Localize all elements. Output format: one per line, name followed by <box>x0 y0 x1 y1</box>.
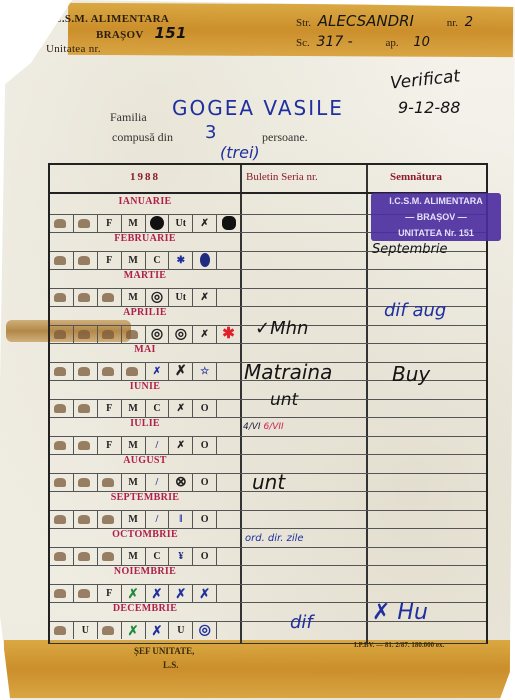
coupon-cell: C <box>146 252 170 269</box>
coupon-cell <box>98 326 122 343</box>
coupon-cell: ✗ <box>146 363 170 380</box>
coupon-row: F M / ✗ O <box>50 437 240 454</box>
coupon-cell <box>50 585 74 602</box>
coupon-cell: C <box>146 548 170 565</box>
coupon-cell: Ut <box>169 215 193 232</box>
coupon-cell <box>98 548 122 565</box>
family-name: GOGEA VASILE <box>172 96 344 120</box>
coupon-cell <box>50 511 74 528</box>
coupon-cell: ✗ <box>146 622 170 639</box>
coupon-cell <box>98 289 122 306</box>
signature-aprilie-id: ✓Mhn <box>255 318 308 339</box>
note-august: unt <box>252 470 285 494</box>
coupon-cell <box>217 363 240 380</box>
year-header: 1988 <box>50 171 240 183</box>
coupon-cell: ✗ <box>193 326 217 343</box>
signature-aprilie: dif aug <box>384 300 446 321</box>
print-code: I.P.BV. — 81. 2/87. 180.000 ex. <box>354 641 444 649</box>
coupon-cell: ✗ <box>122 585 146 602</box>
coupon-cell <box>217 474 240 491</box>
coupon-cell: ✗ <box>193 215 217 232</box>
coupon-cell: O <box>193 548 217 565</box>
coupon-cell: M <box>122 215 146 232</box>
month-label: DECEMBRIE <box>50 603 240 614</box>
coupon-cell <box>74 326 98 343</box>
month-label: NOIEMBRIE <box>50 566 240 577</box>
coupon-cell <box>217 511 240 528</box>
coupon-cell: / <box>146 511 170 528</box>
stamp-line3: UNITATEA Nr. 151 <box>371 225 501 241</box>
coupon-cell: ◎ <box>146 289 170 306</box>
month-label: IUNIE <box>50 381 240 392</box>
month-label: SEPTEMBRIE <box>50 492 240 503</box>
unit-number: 151 <box>155 24 187 42</box>
composed-label: compusă din <box>112 130 173 145</box>
coupon-cell <box>98 622 122 639</box>
coupon-cell: F <box>98 437 122 454</box>
coupon-row: M / ⊗ O <box>50 474 240 491</box>
coupon-cell <box>217 585 240 602</box>
coupon-cell <box>50 622 74 639</box>
coupon-cell: ✗ <box>146 585 170 602</box>
coupon-cell: ✱ <box>169 252 193 269</box>
scara-value: 317 - <box>317 34 353 50</box>
note-iulie: 4/VI 6/VII <box>243 422 284 432</box>
coupon-row: F M C ✗ O <box>50 400 240 417</box>
nr-value: 2 <box>465 15 473 30</box>
nr-label: nr. <box>447 17 458 29</box>
signature-februarie: Septembrie <box>372 242 447 257</box>
coupon-cell <box>193 252 217 269</box>
coupon-row: M ◎ Ut ✗ <box>50 289 240 306</box>
coupon-cell: M <box>122 252 146 269</box>
coupon-cell <box>74 437 98 454</box>
coupon-cell <box>50 252 74 269</box>
org-city: BRAȘOV 151 <box>46 26 187 42</box>
coupon-cell <box>217 437 240 454</box>
coupon-cell <box>50 326 74 343</box>
unit-stamp: I.C.S.M. ALIMENTARA — BRAȘOV — UNITATEA … <box>371 193 501 241</box>
coupon-cell: M <box>122 289 146 306</box>
coupon-cell: / <box>146 437 170 454</box>
coupon-cell <box>74 400 98 417</box>
persons-label: persoane. <box>262 130 308 145</box>
coupon-cell: F <box>98 585 122 602</box>
coupon-cell: M <box>122 474 146 491</box>
coupon-cell <box>74 474 98 491</box>
coupon-cell: U <box>169 622 193 639</box>
stamp-line2: — BRAȘOV — <box>371 209 501 225</box>
coupon-cell: F <box>98 400 122 417</box>
coupon-cell <box>217 548 240 565</box>
coupon-cell: O <box>193 474 217 491</box>
coupon-cell: F <box>98 252 122 269</box>
coupon-cell: Ut <box>169 289 193 306</box>
street-label: Str. <box>296 17 311 29</box>
coupon-cell: ◎ <box>169 326 193 343</box>
coupon-row: M C ¥ O <box>50 548 240 565</box>
coupon-cell <box>50 400 74 417</box>
month-label: IANUARIE <box>50 196 240 207</box>
signature-mai: Buy <box>392 362 430 386</box>
coupon-cell: O <box>193 511 217 528</box>
coupon-cell: ✗ <box>169 585 193 602</box>
coupon-cell <box>74 548 98 565</box>
signature-decembrie-id: dif <box>290 612 313 633</box>
coupon-cell: ✗ <box>169 400 193 417</box>
members-count: 3 <box>205 122 216 143</box>
stamp-line1: I.C.S.M. ALIMENTARA <box>371 193 501 209</box>
coupon-cell <box>50 289 74 306</box>
coupon-cell <box>74 289 98 306</box>
coupon-cell <box>50 215 74 232</box>
members-words: (trei) <box>220 143 260 162</box>
coupon-cell <box>74 215 98 232</box>
verified-date: 9-12-88 <box>398 98 460 117</box>
coupon-cell: ✱ <box>217 326 240 343</box>
coupon-cell: ☆ <box>193 363 217 380</box>
issuer-header: I.C.S.M. ALIMENTARA BRAȘOV 151 Unitatea … <box>46 12 187 56</box>
coupon-cell <box>74 252 98 269</box>
coupon-cell <box>217 400 240 417</box>
ap-label: ap. <box>385 37 398 49</box>
coupon-cell: F <box>98 215 122 232</box>
coupon-cell: ✗ <box>169 363 193 380</box>
ap-value: 10 <box>413 35 430 50</box>
coupon-cell <box>74 511 98 528</box>
coupon-cell: ◎ <box>193 622 217 639</box>
coupon-cell <box>217 622 240 639</box>
coupon-cell <box>98 363 122 380</box>
month-label: APRILIE <box>50 307 240 318</box>
scara-label: Sc. <box>296 37 310 49</box>
coupon-cell: ✗ <box>193 585 217 602</box>
coupon-cell <box>50 437 74 454</box>
coupon-cell: / <box>146 474 170 491</box>
coupon-cell: M <box>122 437 146 454</box>
coupon-cell <box>122 363 146 380</box>
month-label: IULIE <box>50 418 240 429</box>
family-label: Familia <box>110 110 147 125</box>
month-label: MAI <box>50 344 240 355</box>
signature-decembrie: ✗ Hu <box>372 600 428 625</box>
coupon-row: F M Ut ✗ <box>50 215 240 232</box>
coupon-row: ◎ ◎ ✗ ✱ <box>50 326 240 343</box>
street-value: ALECSANDRI <box>318 12 414 30</box>
month-label: AUGUST <box>50 455 240 466</box>
coupon-cell: C <box>146 400 170 417</box>
coupon-cell: O <box>193 400 217 417</box>
coupon-row: ✗ ✗ ☆ <box>50 363 240 380</box>
coupon-row: M / ‖ O <box>50 511 240 528</box>
verified-note: Verificat <box>389 66 461 93</box>
month-label: OCTOMBRIE <box>50 529 240 540</box>
month-label: FEBRUARIE <box>50 233 240 244</box>
coupon-cell: O <box>193 437 217 454</box>
chief-label: ȘEF UNITATE, <box>134 646 194 656</box>
coupon-cell: U <box>74 622 98 639</box>
coupon-cell <box>217 252 240 269</box>
ration-card: I.C.S.M. ALIMENTARA BRAȘOV 151 Unitatea … <box>0 0 515 700</box>
note-mai: Matraina <box>244 360 332 384</box>
coupon-cell <box>98 474 122 491</box>
note-octombrie: ord. dir. zile <box>245 533 304 544</box>
coupon-cell <box>217 289 240 306</box>
coupon-cell <box>50 474 74 491</box>
ls-label: L.S. <box>163 660 179 670</box>
coupon-cell: ‖ <box>169 511 193 528</box>
coupon-row: F M C ✱ <box>50 252 240 269</box>
coupon-cell: ✗ <box>193 289 217 306</box>
coupon-cell: M <box>122 400 146 417</box>
note-iunie: unt <box>270 390 298 410</box>
coupon-cell <box>50 363 74 380</box>
coupon-cell <box>50 548 74 565</box>
coupon-cell <box>74 585 98 602</box>
unit-label: Unitatea nr. <box>46 42 187 56</box>
coupon-cell: ✗ <box>169 437 193 454</box>
coupon-cell <box>98 511 122 528</box>
coupon-cell: ✗ <box>122 622 146 639</box>
coupon-cell: ◎ <box>146 326 170 343</box>
coupon-cell <box>217 215 240 232</box>
coupon-row: F ✗ ✗ ✗ ✗ <box>50 585 240 602</box>
coupon-cell: M <box>122 548 146 565</box>
coupon-cell <box>146 215 170 232</box>
coupon-row: U ✗ ✗ U ◎ <box>50 622 240 639</box>
city-text: BRAȘOV <box>96 29 143 41</box>
coupon-cell: ⊗ <box>169 474 193 491</box>
month-label: MARTIE <box>50 270 240 281</box>
coupon-cell: M <box>122 511 146 528</box>
coupon-cell <box>74 363 98 380</box>
coupon-cell <box>122 326 146 343</box>
coupon-cell: ¥ <box>169 548 193 565</box>
